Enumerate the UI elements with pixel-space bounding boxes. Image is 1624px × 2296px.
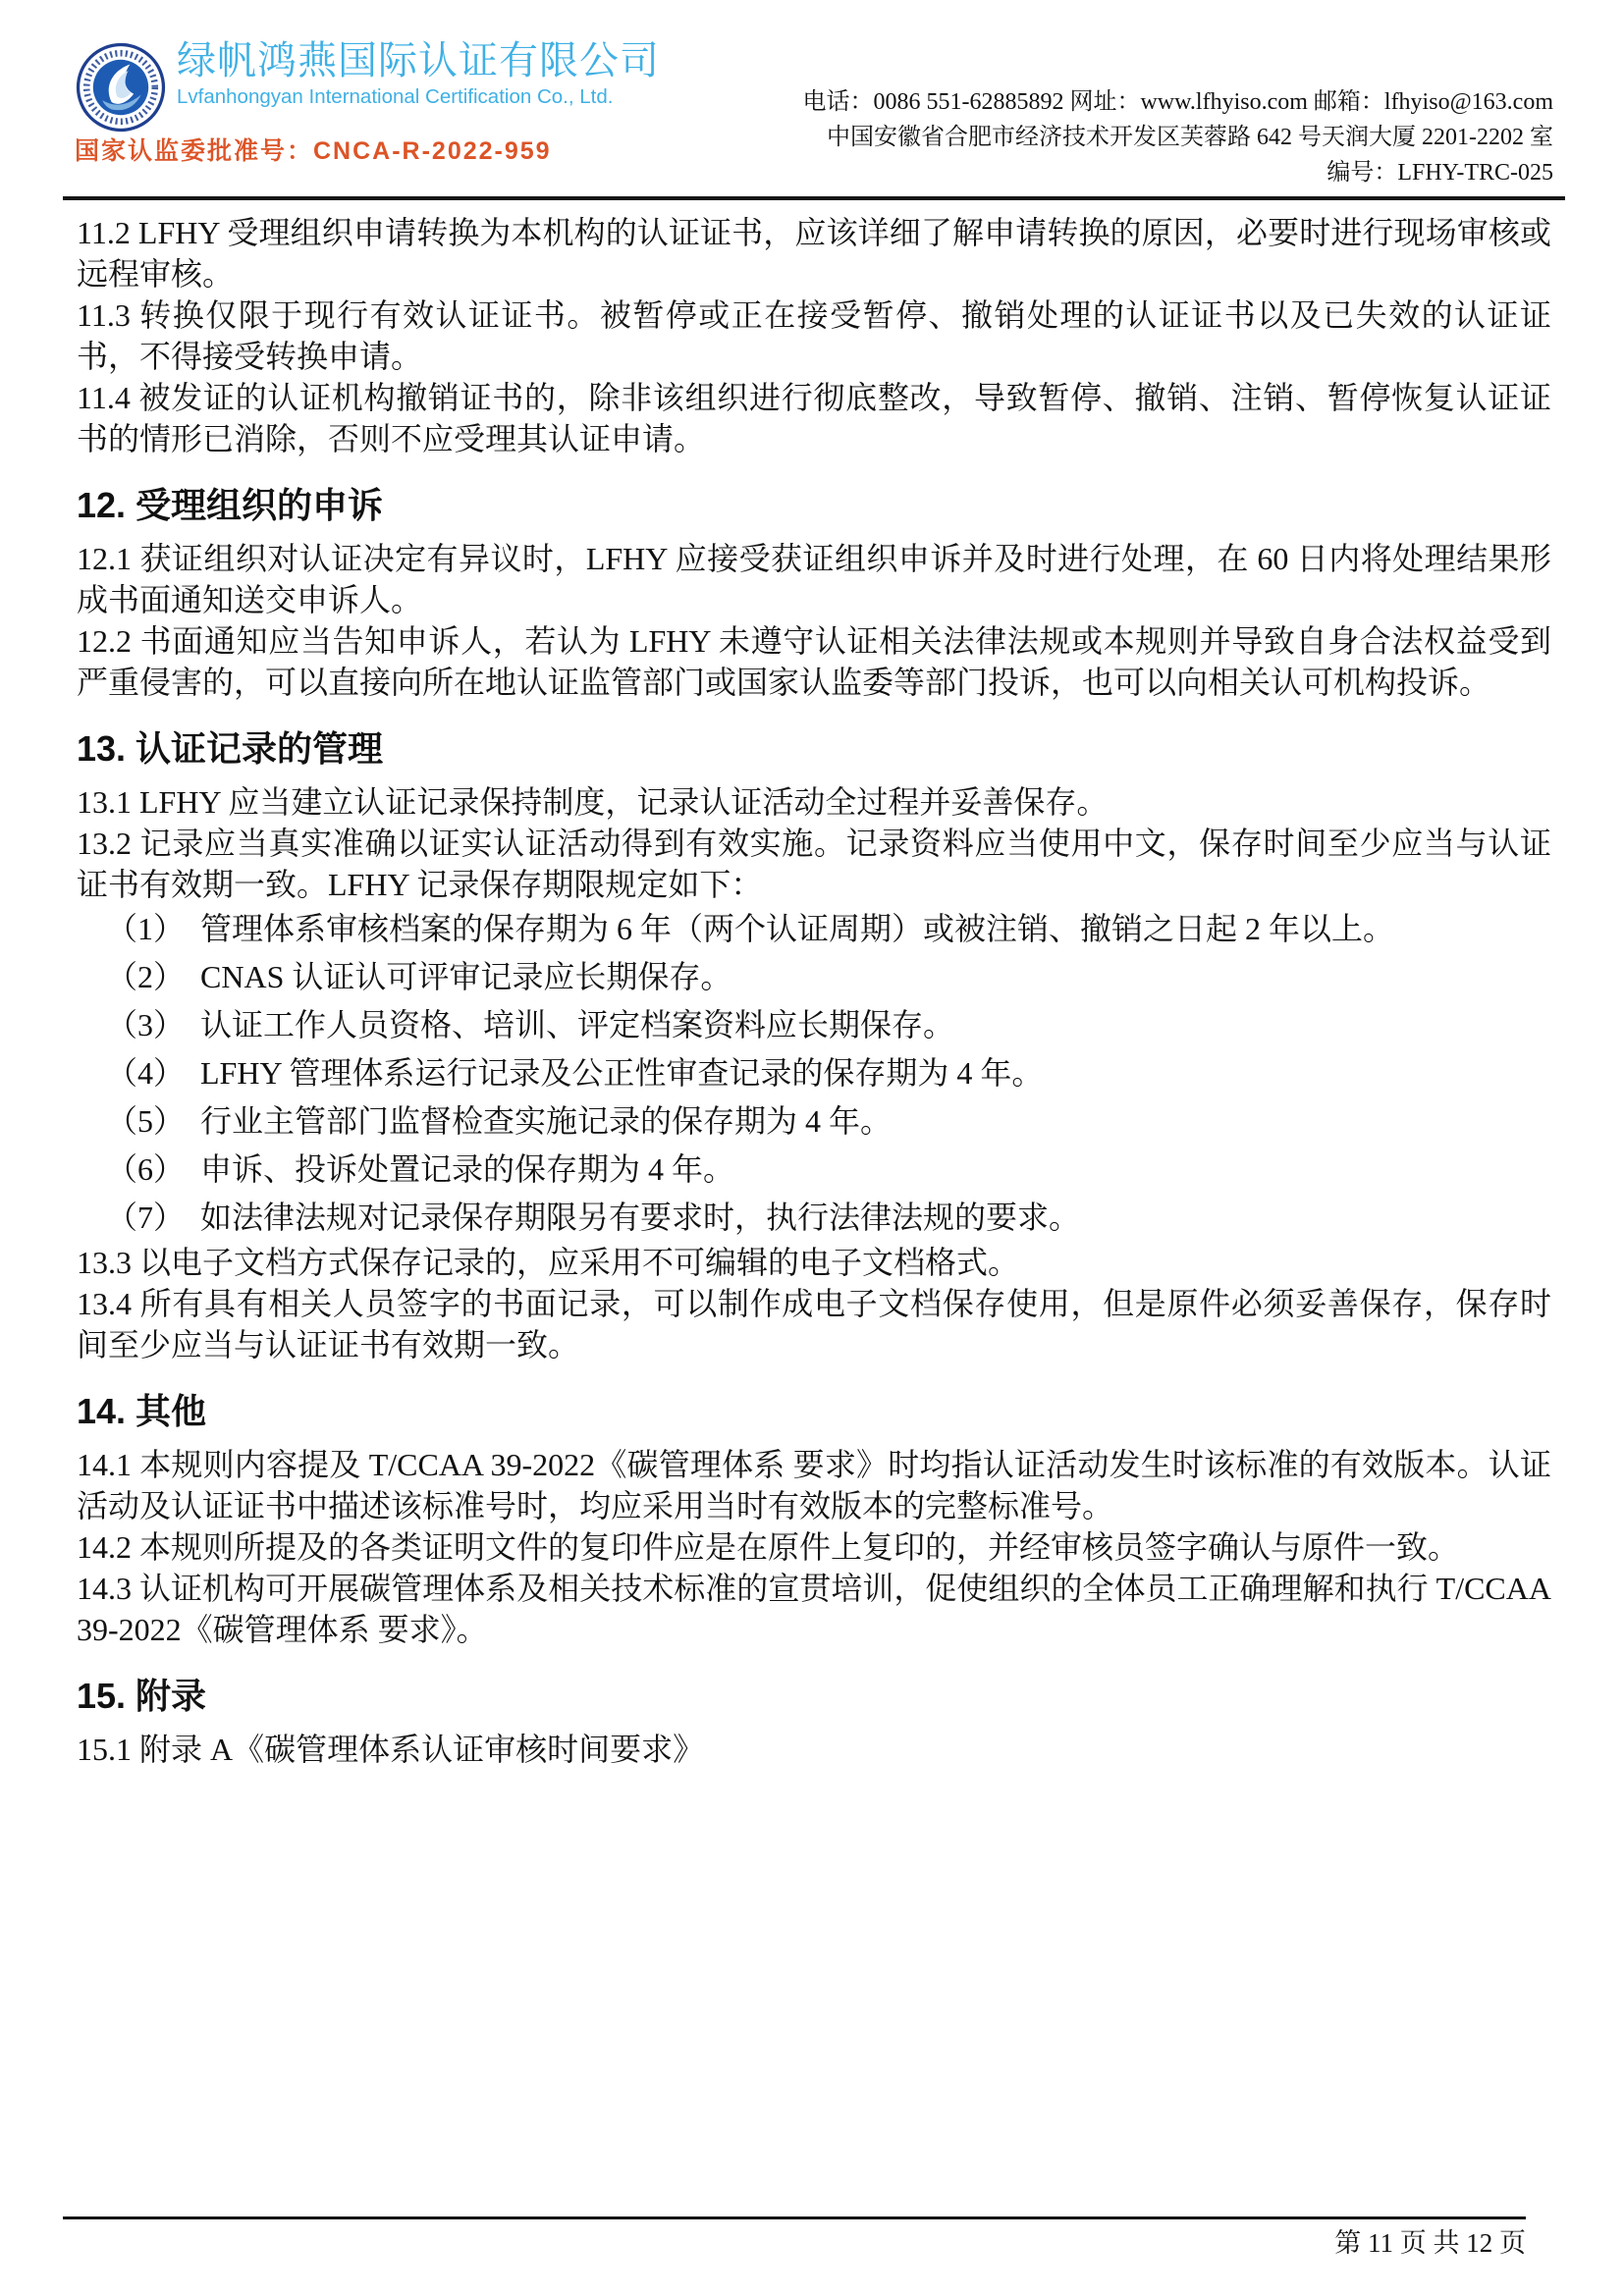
list-item-2: （2） CNAS 认证认可评审记录应长期保存。 xyxy=(77,953,1551,1001)
paragraph-13-4: 13.4 所有具有相关人员签字的书面记录，可以制作成电子文档保存使用，但是原件必… xyxy=(77,1283,1551,1365)
contact-line-address: 中国安徽省合肥市经济技术开发区芙蓉路 642 号天润大厦 2201-2202 室 xyxy=(802,120,1553,155)
company-name-en: Lvfanhongyan International Certification… xyxy=(177,84,660,110)
paragraph-12-2: 12.2 书面通知应当告知申诉人，若认为 LFHY 未遵守认证相关法律法规或本规… xyxy=(77,620,1551,703)
page-number-text: 第 11 页 共 12 页 xyxy=(1334,2228,1526,2258)
list-item-4: （4） LFHY 管理体系运行记录及公正性审查记录的保存期为 4 年。 xyxy=(77,1049,1551,1097)
list-item-3: （3） 认证工作人员资格、培训、评定档案资料应长期保存。 xyxy=(77,1001,1551,1049)
paragraph-14-3: 14.3 认证机构可开展碳管理体系及相关技术标准的宣贯培训，促使组织的全体员工正… xyxy=(77,1568,1551,1650)
page-footer: 第 11 页 共 12 页 xyxy=(63,2216,1526,2259)
cnca-approval-number: 国家认监委批准号：CNCA-R-2022-959 xyxy=(75,137,660,165)
list-item-7: （7） 如法律法规对记录保存期限另有要求时，执行法律法规的要求。 xyxy=(77,1194,1551,1242)
section-heading-14: 14. 其他 xyxy=(77,1389,1551,1434)
paragraph-11-4: 11.4 被发证的认证机构撤销证书的，除非该组织进行彻底整改，导致暂停、撤销、注… xyxy=(77,377,1551,459)
paragraph-11-3: 11.3 转换仅限于现行有效认证证书。被暂停或正在接受暂停、撤销处理的认证证书以… xyxy=(77,294,1551,377)
document-number: 编号：LFHY-TRC-025 xyxy=(802,155,1553,190)
header-brand-block: 绿帆鸿燕国际认证有限公司 Lvfanhongyan International … xyxy=(75,39,660,165)
section-heading-13: 13. 认证记录的管理 xyxy=(77,726,1551,772)
section-heading-12: 12. 受理组织的申诉 xyxy=(77,483,1551,528)
company-seal-logo-icon xyxy=(75,41,167,133)
paragraph-13-1: 13.1 LFHY 应当建立认证记录保持制度，记录认证活动全过程并妥善保存。 xyxy=(77,781,1551,823)
contact-line-phone-web-email: 电话：0086 551-62885892 网址：www.lfhyiso.com … xyxy=(802,84,1553,120)
paragraph-15-1: 15.1 附录 A《碳管理体系认证审核时间要求》 xyxy=(77,1729,1551,1770)
document-body: 11.2 LFHY 受理组织申请转换为本机构的认证证书，应该详细了解申请转换的原… xyxy=(0,200,1624,1770)
paragraph-14-1: 14.1 本规则内容提及 T/CCAA 39-2022《碳管理体系 要求》时均指… xyxy=(77,1444,1551,1526)
header-contact-block: 电话：0086 551-62885892 网址：www.lfhyiso.com … xyxy=(802,39,1553,190)
company-name-stack: 绿帆鸿燕国际认证有限公司 Lvfanhongyan International … xyxy=(177,39,660,110)
paragraph-11-2: 11.2 LFHY 受理组织申请转换为本机构的认证证书，应该详细了解申请转换的原… xyxy=(77,212,1551,294)
paragraph-12-1: 12.1 获证组织对认证决定有异议时，LFHY 应接受获证组织申诉并及时进行处理… xyxy=(77,538,1551,620)
document-page: 绿帆鸿燕国际认证有限公司 Lvfanhongyan International … xyxy=(0,0,1624,2296)
paragraph-14-2: 14.2 本规则所提及的各类证明文件的复印件应是在原件上复印的，并经审核员签字确… xyxy=(77,1526,1551,1568)
company-name-cn: 绿帆鸿燕国际认证有限公司 xyxy=(177,39,660,82)
paragraph-13-2: 13.2 记录应当真实准确以证实认证活动得到有效实施。记录资料应当使用中文，保存… xyxy=(77,823,1551,905)
paragraph-13-3: 13.3 以电子文档方式保存记录的，应采用不可编辑的电子文档格式。 xyxy=(77,1242,1551,1283)
list-item-5: （5） 行业主管部门监督检查实施记录的保存期为 4 年。 xyxy=(77,1097,1551,1146)
list-item-1: （1） 管理体系审核档案的保存期为 6 年（两个认证周期）或被注销、撤销之日起 … xyxy=(77,905,1551,953)
section-heading-15: 15. 附录 xyxy=(77,1674,1551,1719)
page-header: 绿帆鸿燕国际认证有限公司 Lvfanhongyan International … xyxy=(0,0,1624,190)
logo-row: 绿帆鸿燕国际认证有限公司 Lvfanhongyan International … xyxy=(75,39,660,133)
list-item-6: （6） 申诉、投诉处置记录的保存期为 4 年。 xyxy=(77,1146,1551,1194)
